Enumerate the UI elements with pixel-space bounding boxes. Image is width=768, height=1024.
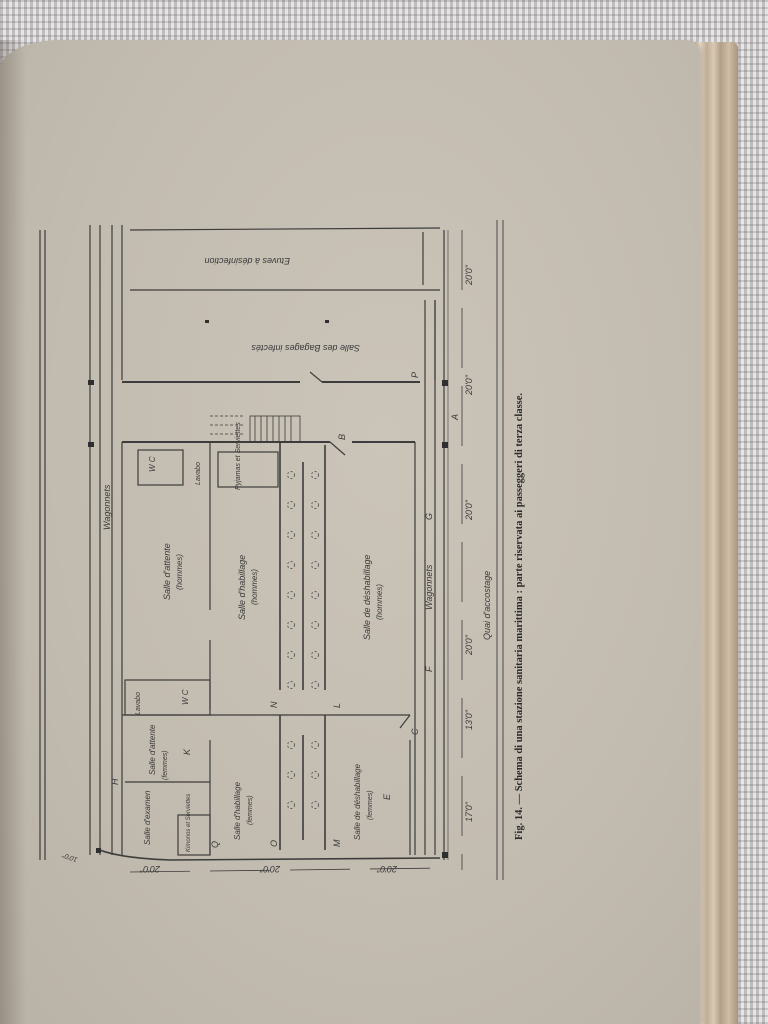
marker-M: M	[332, 839, 342, 847]
label-etuves: Etuves à désinfection	[204, 256, 290, 266]
dim-20c: 20'0"	[464, 374, 474, 396]
dim-end-1: 20'0"	[139, 864, 161, 874]
label-habillage-femmes-sub: (femmes)	[247, 795, 254, 825]
label-deshabillage-femmes-sub: (femmes)	[367, 790, 374, 820]
marker-H: H	[110, 778, 120, 785]
marker-P: P	[410, 372, 420, 378]
floor-plan: Etuves à désinfection Salle des Bagages …	[0, 0, 768, 1024]
marker-E: E	[382, 793, 392, 800]
figure-caption: Fig. 14. — Schema di una stazione sanita…	[514, 393, 525, 840]
label-attente-femmes-sub: (femmes)	[162, 750, 169, 780]
label-lavabo-men: Lavabo	[195, 462, 202, 485]
dim-17: 17'0"	[464, 801, 474, 822]
marker-O: O	[269, 840, 279, 847]
label-wc-men: W C	[148, 456, 157, 472]
label-quai: Quai d'accostage	[482, 571, 492, 640]
dim-20b: 20'0"	[464, 499, 474, 521]
label-habillage-hommes-sub: (hommes)	[250, 569, 259, 605]
marker-C: C	[410, 728, 420, 735]
dim-end-2: 20'0"	[259, 864, 281, 874]
label-attente-hommes: Salle d'attente	[162, 543, 172, 600]
label-lavabo-women: Lavabo	[135, 692, 142, 715]
label-examen: Salle d'examen	[143, 790, 152, 845]
label-wagonnets-top: Wagonnets	[102, 484, 112, 530]
label-attente-femmes: Salle d'attente	[148, 724, 157, 775]
dim-corner: 10'0"	[61, 851, 78, 863]
label-deshabillage-femmes: Salle de déshabillage	[353, 763, 362, 840]
label-habillage-femmes: Salle d'habillage	[233, 781, 242, 840]
marker-F: F	[424, 666, 434, 672]
marker-K: K	[182, 748, 192, 755]
label-pyjamas: Pyjamas et Serviettes	[235, 422, 242, 490]
label-habillage-hommes: Salle d'habillage	[237, 555, 247, 620]
marker-Q: Q	[210, 841, 220, 848]
marker-B: B	[337, 434, 347, 440]
marker-L: L	[332, 703, 342, 708]
marker-A: A	[450, 414, 460, 421]
marker-N: N	[269, 701, 279, 708]
marker-G: G	[424, 513, 434, 520]
label-wc-women: W C	[181, 689, 190, 705]
label-deshabillage-hommes-sub: (hommes)	[375, 584, 384, 620]
dim-end-3: 20'0"	[376, 864, 398, 874]
label-attente-hommes-sub: (hommes)	[175, 554, 184, 590]
dim-20d: 20'0"	[464, 264, 474, 286]
label-bagages: Salle des Bagages infectés	[251, 343, 360, 353]
label-wagonnets-bottom: Wagonnets	[424, 564, 434, 610]
label-kimonos: Kimonos et Serviettes	[186, 794, 192, 852]
label-deshabillage-hommes: Salle de déshabillage	[362, 554, 372, 640]
dim-20a: 20'0"	[464, 634, 474, 656]
dim-13: 13'0"	[464, 709, 474, 730]
